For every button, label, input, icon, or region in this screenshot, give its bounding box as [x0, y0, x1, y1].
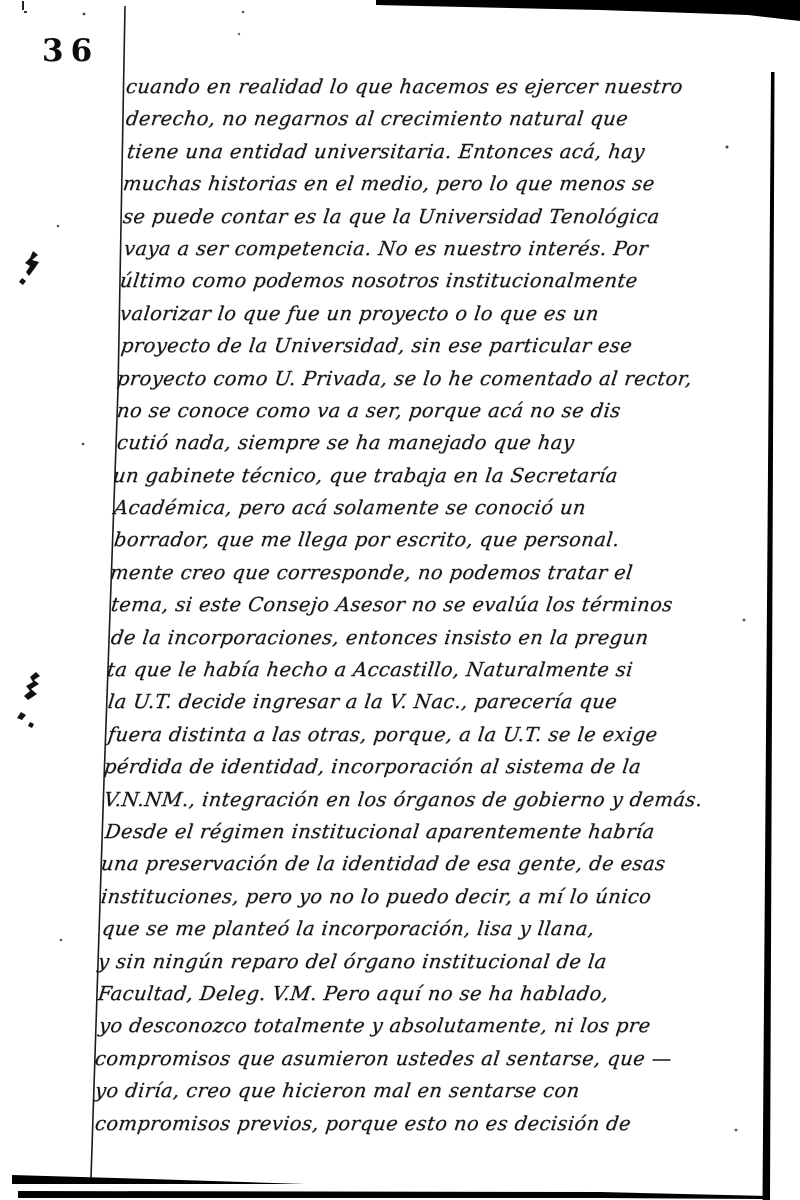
handwritten-line: proyecto de la Universidad, sin ese part… — [119, 330, 760, 362]
handwritten-line: que se me planteó la incorporación, lisa… — [100, 913, 760, 945]
handwritten-line: y sin ningún reparo del órgano instituci… — [96, 946, 760, 978]
handwritten-line: se puede contar es la que la Universidad… — [121, 201, 760, 233]
handwritten-line: último como podemos nosotros institucion… — [118, 265, 760, 297]
handwritten-line: tema, si este Consejo Asesor no se evalú… — [109, 589, 760, 621]
handwritten-line: no se conoce como va a ser, porque acá n… — [115, 395, 760, 427]
handwritten-line: borrador, que me llega por escrito, que … — [112, 524, 760, 556]
handwritten-line: cuando en realidad lo que hacemos es eje… — [124, 71, 760, 103]
scanned-manuscript-page: 36 cuando en realidad lo que hacemos es … — [0, 0, 800, 1200]
handwritten-line: Facultad, Deleg. V.M. Pero aquí no se ha… — [96, 978, 760, 1010]
debris-mark — [24, 11, 27, 13]
handwritten-line: la U.T. decide ingresar a la V. Nac., pa… — [106, 686, 760, 718]
handwritten-line: compromisos previos, porque esto no es d… — [93, 1108, 760, 1140]
handwritten-line: muchas historias en el medio, pero lo qu… — [121, 168, 760, 200]
handwritten-line: ta que le había hecho a Accastillo, Natu… — [105, 654, 760, 686]
scan-artifact-bottom-wedge — [12, 1175, 305, 1184]
handwritten-line: Desde el régimen institucional aparentem… — [103, 816, 760, 848]
handwritten-line: valorizar lo que fue un proyecto o lo qu… — [118, 298, 760, 330]
handwritten-line: yo desconozco totalmente y absolutamente… — [97, 1010, 760, 1042]
handwritten-line: fuera distinta a las otras, porque, a la… — [106, 719, 760, 751]
handwritten-line: una preservación de la identidad de esa … — [99, 848, 760, 880]
handwritten-line: V.N.NM., integración en los órganos de g… — [102, 784, 760, 816]
handwritten-line: proyecto como U. Privada, se lo he comen… — [115, 363, 760, 395]
handwritten-line: Académica, pero acá solamente se conoció… — [112, 492, 760, 524]
ink-smudge-lower — [17, 672, 40, 728]
handwritten-line: yo diría, creo que hicieron mal en senta… — [93, 1075, 760, 1107]
debris-dot — [242, 11, 245, 14]
handwritten-line: compromisos que asumieron ustedes al sen… — [93, 1043, 760, 1075]
handwritten-line: un gabinete técnico, que trabaja en la S… — [111, 460, 760, 492]
handwritten-line: mente creo que corresponde, no podemos t… — [108, 557, 760, 589]
debris-dot — [83, 13, 86, 16]
page-number: 36 — [42, 33, 99, 69]
handwritten-line: cutió nada, siempre se ha manejado que h… — [115, 427, 760, 459]
debris-mark — [22, 1, 24, 10]
handwritten-line: de la incorporaciones, entonces insisto … — [109, 622, 760, 654]
page-edge-right-line — [763, 72, 775, 1200]
scan-artifact-top-bar — [376, 0, 800, 21]
manuscript-text-block: cuando en realidad lo que hacemos es eje… — [96, 71, 756, 1140]
debris-dot — [238, 33, 240, 35]
handwritten-line: vaya a ser competencia. No es nuestro in… — [122, 233, 760, 265]
debris-dot — [82, 443, 85, 446]
handwritten-line: tiene una entidad universitaria. Entonce… — [125, 136, 760, 168]
debris-dot — [60, 939, 63, 942]
handwritten-line: pérdida de identidad, incorporación al s… — [102, 751, 760, 783]
handwritten-line: derecho, no negarnos al crecimiento natu… — [124, 103, 760, 135]
handwritten-line: instituciones, pero yo no lo puedo decir… — [99, 881, 760, 913]
debris-dot — [57, 225, 60, 228]
scan-artifact-bottom-bar — [18, 1191, 770, 1199]
ink-smudge-upper — [19, 251, 39, 285]
